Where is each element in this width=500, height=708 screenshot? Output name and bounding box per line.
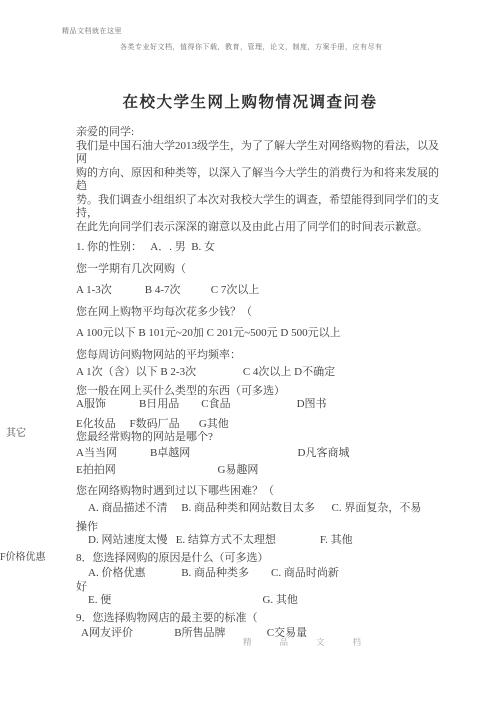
options-websites-1: A当当网 B卓越网 D凡客商城 xyxy=(76,447,442,461)
question-9-criteria: 9．您选择购物网店的最主要的标准（ xyxy=(76,612,442,626)
document-body: 亲爱的同学: 我们是中国石油大学2013级学生，为了了解大学生对网络购物的看法，… xyxy=(76,126,442,641)
greeting-line: 亲爱的同学: xyxy=(76,126,442,140)
intro-line: 我们是中国石油大学2013级学生，为了了解大学生对网络购物的看法，以及网 xyxy=(76,140,442,167)
question-frequency: 您一学期有几次网购（ xyxy=(76,263,442,277)
options-reasons-1: A. 价格优惠 B. 商品种类多 C. 商品时尚新 xyxy=(76,567,442,581)
header-note-line2: 各类专业好文档，值得你下载，教育，管理，论文，制度，方案手册，应有尽有 xyxy=(120,42,383,52)
document-title: 在校大学生网上购物情况调查问卷 xyxy=(0,90,500,112)
footer-watermark: 精品文档 xyxy=(243,636,389,648)
options-categories-2: E化妆品 F数码厂品 G其他 xyxy=(76,418,442,432)
options-reasons-2: E. 便 G. 其他 xyxy=(76,594,442,608)
question-visits: 您每周访问购物网站的平均频率： xyxy=(76,349,442,363)
question-difficulties: 您在网络购物时遇到过以下哪些困难？（ xyxy=(76,485,442,499)
header-note-line1: 精品文档就在这里 xyxy=(62,26,122,36)
question-websites: 您最经常购物的网站是哪个? xyxy=(76,431,442,445)
options-websites-2: E拍拍网 G易趣网 xyxy=(76,464,442,478)
margin-note-price: F价格优惠 xyxy=(0,548,46,563)
options-visits: A 1次（含）以下 B 2-3次 C 4次以上 D不确定 xyxy=(76,366,442,380)
intro-line: 购的方向、原因和种类等，以深入了解当今大学生的消费行为和将来发展的趋 xyxy=(76,167,442,194)
options-reasons-wrap: 好 xyxy=(76,581,442,595)
options-frequency: A 1-3次 B 4-7次 C 7次以上 xyxy=(76,284,442,298)
options-categories-1: A服饰 B日用品 C食品 D图书 xyxy=(76,398,442,412)
question-8-reasons: 8．您选择网购的原因是什么（可多选） xyxy=(76,552,442,566)
intro-line: 势。我们调查小组组织了本次对我校大学生的调查，希望能得到同学们的支持， xyxy=(76,194,442,221)
options-difficulties-wrap: 操作 xyxy=(76,521,442,535)
options-spend: A 100元以下 B 101元~20加 C 201元~500元 D 500元以上 xyxy=(76,327,442,341)
document-page: 精品文档就在这里 各类专业好文档，值得你下载，教育，管理，论文，制度，方案手册，… xyxy=(0,0,500,708)
options-difficulties-1: A. 商品描述不清 B. 商品种类和网站数目太多 C. 界面复杂，不易 xyxy=(76,502,442,516)
options-difficulties-2: D. 网站速度太慢 E. 结算方式不太理想 F. 其他 xyxy=(76,534,442,548)
question-gender: 1. 你的性别： A．. 男 B. 女 xyxy=(76,241,442,255)
question-categories: 您一般在网上买什么类型的东西（可多选） xyxy=(76,385,442,399)
question-spend: 您在网上购物平均每次花多少钱？（ xyxy=(76,306,442,320)
margin-note-other: 其它 xyxy=(6,424,26,439)
intro-line: 在此先向同学们表示深深的谢意以及由此占用了同学们的时间表示歉意。 xyxy=(76,221,442,235)
